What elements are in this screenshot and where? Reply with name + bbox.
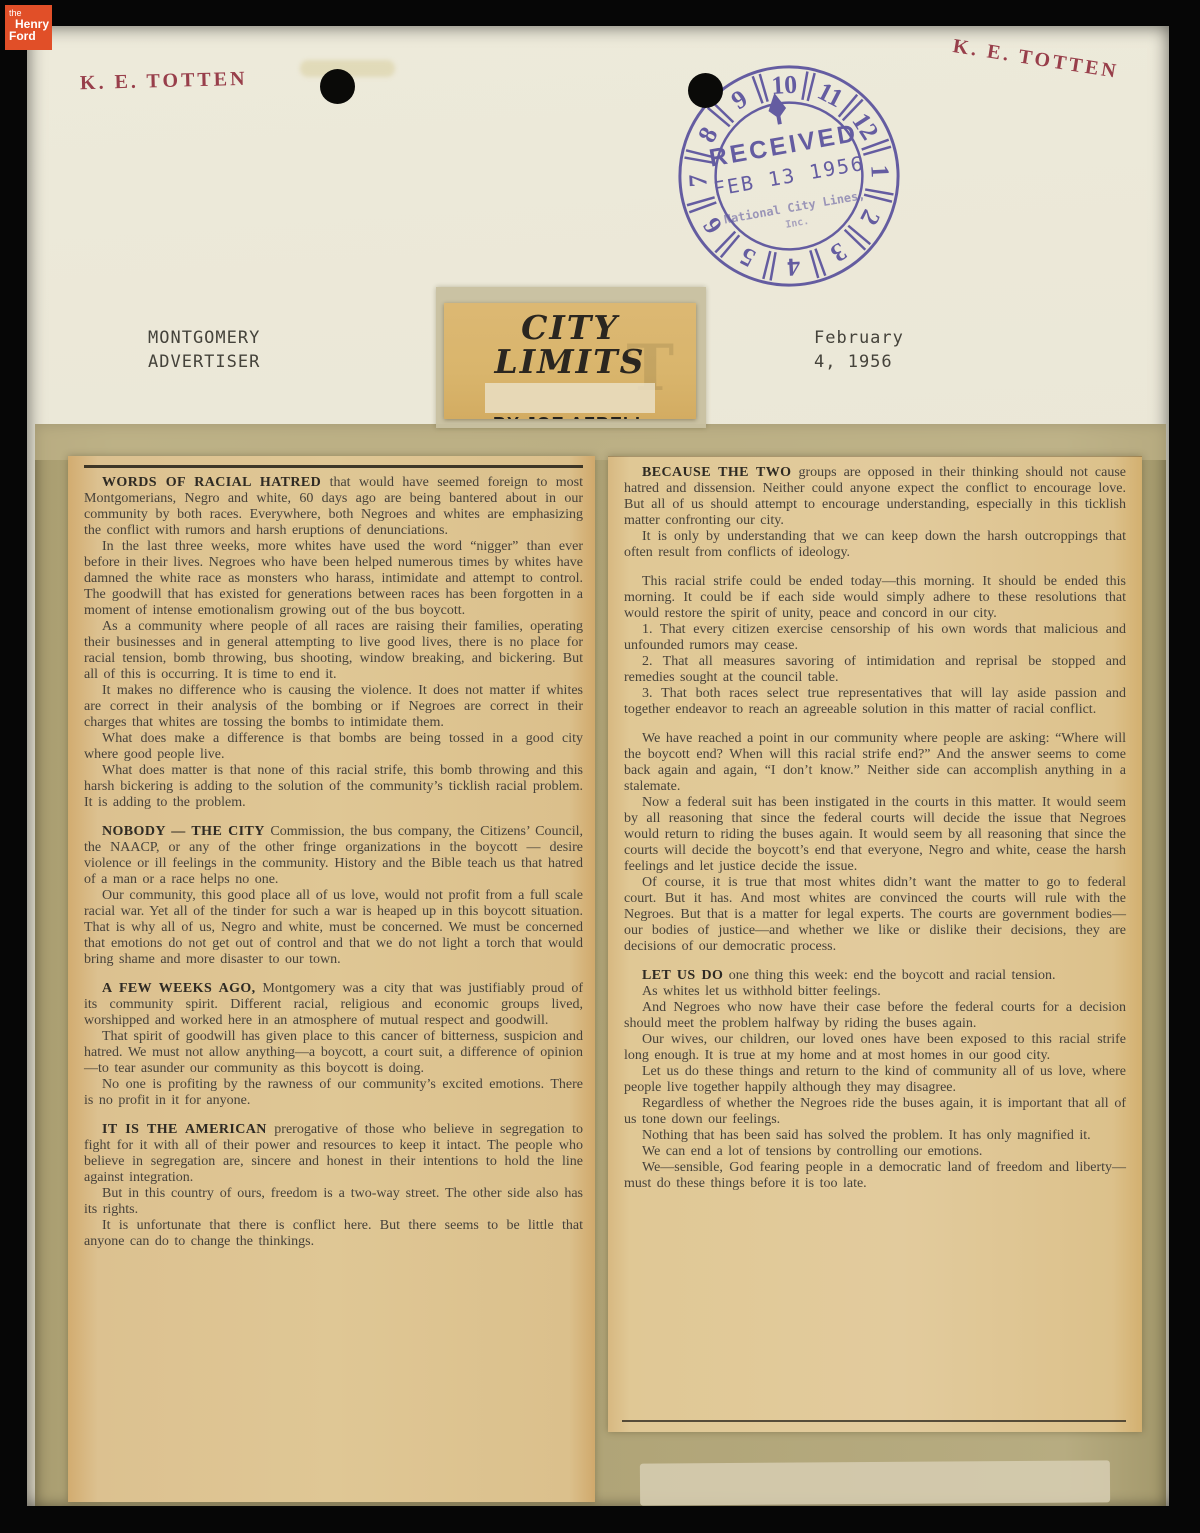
hole-punch-right (688, 73, 723, 108)
article-paragraph: WORDS OF RACIAL HATRED that would have s… (84, 475, 583, 539)
article-paragraph: Now a federal suit has been instigated i… (624, 795, 1126, 875)
scanned-document: the Henry Ford K. E. TOTTEN K. E. TOTTEN… (0, 0, 1200, 1533)
article-paragraph: 3. That both races select true represent… (624, 686, 1126, 718)
publication-line1: MONTGOMERY (148, 326, 260, 350)
tape-strip-top (35, 424, 1166, 460)
article-paragraph: This racial strife could be ended today—… (624, 574, 1126, 622)
article-paragraph: Of course, it is true that most whites d… (624, 875, 1126, 955)
article-paragraph: 1. That every citizen exercise censorshi… (624, 622, 1126, 654)
article-paragraph: Let us do these things and return to the… (624, 1064, 1126, 1096)
article-paragraph: What does make a difference is that bomb… (84, 731, 583, 763)
article-paragraph: It is only by understanding that we can … (624, 529, 1126, 561)
article-paragraph: NOBODY — THE CITY Commission, the bus co… (84, 824, 583, 888)
article-paragraph: BECAUSE THE TWO groups are opposed in th… (624, 465, 1126, 529)
stamp-center-text: RECEIVED FEB 13 1956 National City Lines… (699, 80, 874, 242)
stamp-dial-number: 5 (735, 241, 760, 273)
publication-name: MONTGOMERY ADVERTISER (148, 326, 260, 374)
article-paragraph: LET US DO one thing this week: end the b… (624, 968, 1126, 984)
stamp-dial-number: 1 (865, 164, 895, 178)
publication-line2: ADVERTISER (148, 350, 260, 374)
article-paragraph: That spirit of goodwill has given place … (84, 1029, 583, 1077)
henry-ford-logo: the Henry Ford (5, 5, 52, 50)
article-paragraph: Regardless of whether the Negroes ride t… (624, 1096, 1126, 1128)
article-paragraph: As a community where people of all races… (84, 619, 583, 683)
stamp-dial-number: 4 (786, 252, 800, 282)
article-left-column: WORDS OF RACIAL HATRED that would have s… (68, 456, 595, 1502)
article-paragraph: As whites let us withhold bitter feeling… (624, 984, 1126, 1000)
stamp-arrow-stem (776, 114, 782, 124)
article-paragraph: No one is profiting by the rawness of ou… (84, 1077, 583, 1109)
left-column-text: WORDS OF RACIAL HATRED that would have s… (84, 475, 583, 1250)
stamp-dial-tick (769, 252, 777, 280)
article-paragraph: Nothing that has been said has solved th… (624, 1128, 1126, 1144)
right-column-text: BECAUSE THE TWO groups are opposed in th… (624, 465, 1126, 1192)
stamp-dial-tick (864, 193, 892, 203)
article-paragraph: A FEW WEEKS AGO, Montgomery was a city t… (84, 981, 583, 1029)
date-line2: 4, 1956 (814, 350, 904, 374)
column-masthead-clipping: CITY LIMITS T BY JOE AZBELL (444, 303, 696, 419)
article-date: February 4, 1956 (814, 326, 904, 374)
article-paragraph: We—sensible, God fearing people in a dem… (624, 1160, 1126, 1192)
tape-strip-bottom (640, 1460, 1110, 1505)
article-paragraph: Our wives, our children, our loved ones … (624, 1032, 1126, 1064)
stamp-dial-number: 2 (854, 205, 886, 230)
stamp-org-line2: Inc. (785, 216, 810, 231)
date-line1: February (814, 326, 904, 350)
column-top-rule (84, 465, 583, 468)
totten-stamp-left: K. E. TOTTEN (80, 68, 248, 95)
article-paragraph: What does matter is that none of this ra… (84, 763, 583, 811)
masthead-cutout (485, 383, 655, 413)
article-paragraph: We can end a lot of tensions by controll… (624, 1144, 1126, 1160)
article-paragraph: But in this country of ours, freedom is … (84, 1186, 583, 1218)
logo-text-ford: Ford (5, 30, 52, 43)
article-right-column: BECAUSE THE TWO groups are opposed in th… (608, 456, 1142, 1432)
article-paragraph: IT IS THE AMERICAN prerogative of those … (84, 1122, 583, 1186)
column-bottom-rule (622, 1420, 1126, 1422)
article-paragraph: In the last three weeks, more whites hav… (84, 539, 583, 619)
stamp-dial-tick (762, 251, 772, 279)
article-paragraph: Our community, this good place all of us… (84, 888, 583, 968)
article-paragraph: We have reached a point in our community… (624, 731, 1126, 795)
article-paragraph: It is unfortunate that there is conflict… (84, 1218, 583, 1250)
hole-punch-left (320, 69, 355, 104)
article-paragraph: And Negroes who now have their case befo… (624, 1000, 1126, 1032)
stamp-dial-tick (865, 188, 893, 196)
stamp-dial-number: 7 (683, 173, 713, 187)
byline: BY JOE AZBELL (444, 414, 696, 419)
stamp-dial-number: 9 (726, 84, 753, 115)
article-paragraph: 2. That all measures savoring of intimid… (624, 654, 1126, 686)
stamp-dial-number: 3 (825, 237, 852, 268)
article-paragraph: It makes no difference who is causing th… (84, 683, 583, 731)
stamp-dial-tick (801, 72, 809, 100)
